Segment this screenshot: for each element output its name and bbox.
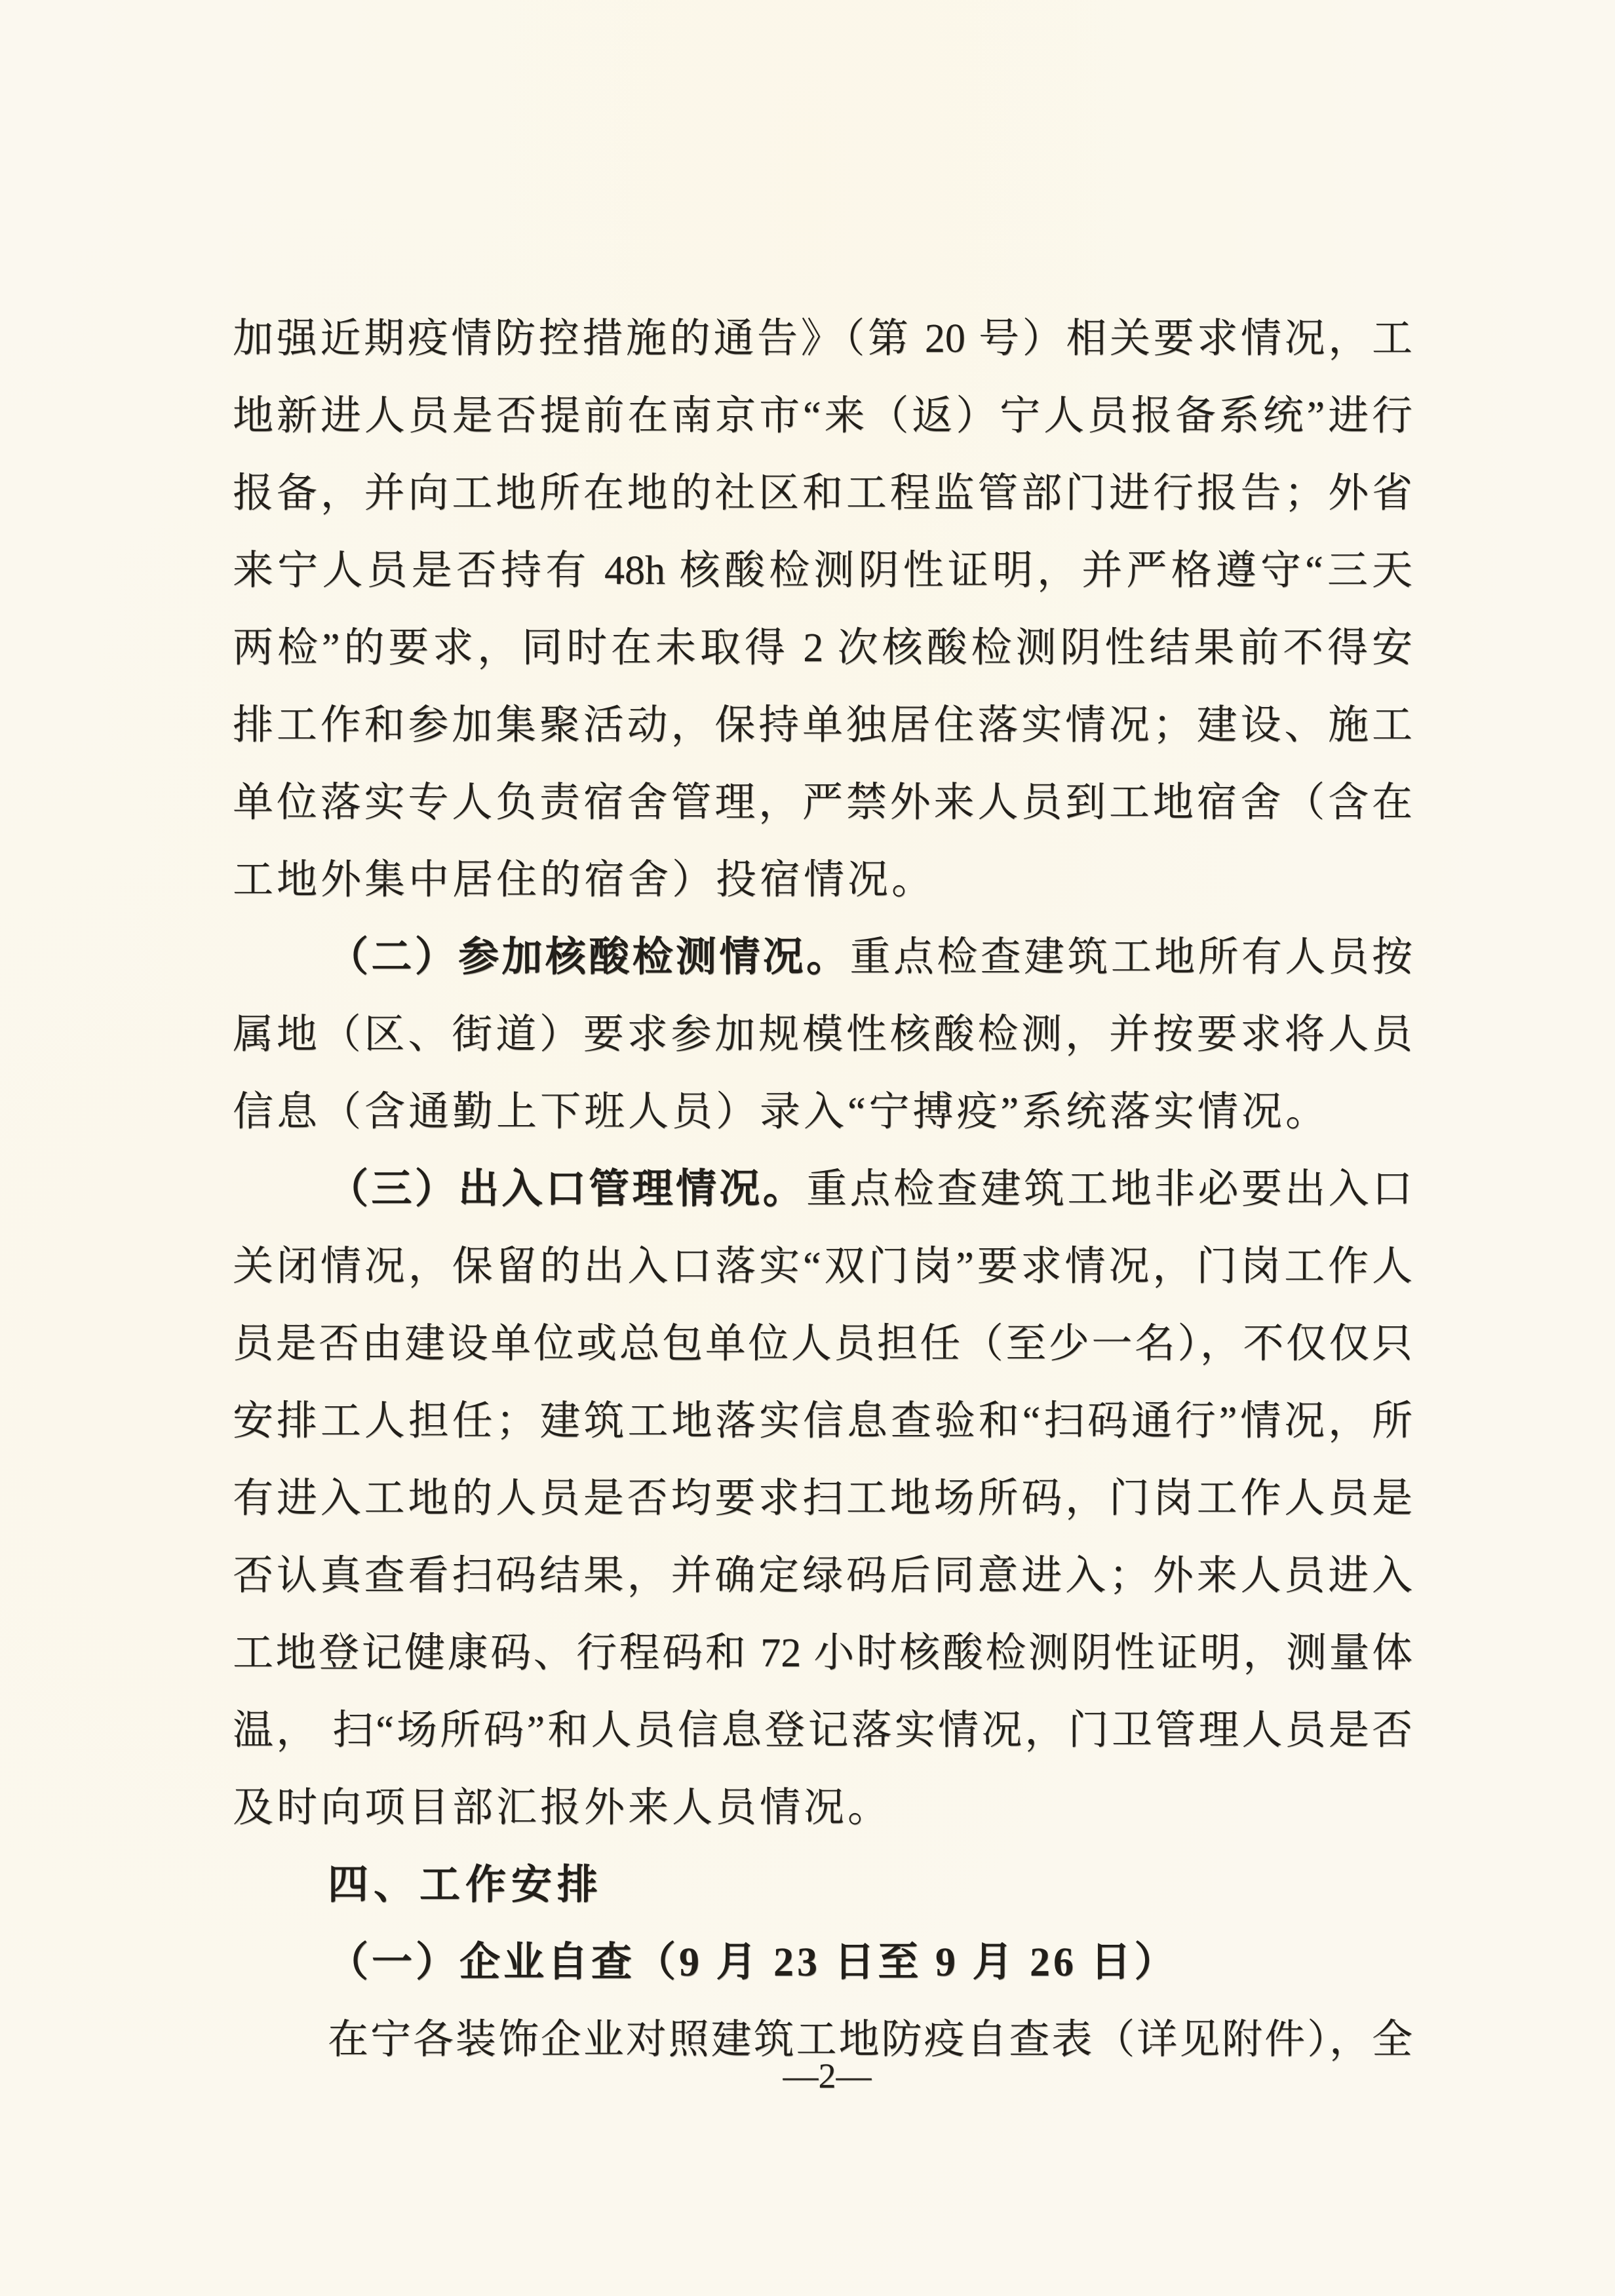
document-line: 否认真查看扫码结果，并确定绿码后同意进入；外来人员进入 (233, 1537, 1412, 1615)
document-line: 及时向项目部汇报外来人员情况。 (233, 1769, 1412, 1846)
document-line: 工地外集中居住的宿舍）投宿情况。 (233, 841, 1412, 919)
bold-text-segment: （二）参加核酸检测情况。 (328, 935, 850, 980)
body-text-segment: 加强近期疫情防控措施的通告》（第 20 号）相关要求情况，工 (233, 316, 1412, 361)
bold-text-segment: （一）企业自查（9 月 23 日至 9 月 26 日） (328, 1940, 1178, 1985)
document-line: 属地（区、街道）要求参加规模性核酸检测，并按要求将人员 (233, 996, 1412, 1073)
body-text-segment: 工地登记健康码、行程码和 72 小时核酸检测阴性证明，测量体 (233, 1631, 1412, 1675)
document-line: 温， 扫“场所码”和人员信息登记落实情况，门卫管理人员是否 (233, 1692, 1412, 1769)
page-number: —2— (20, 2048, 1615, 2103)
body-text-segment: 有进入工地的人员是否均要求扫工地场所码，门岗工作人员是 (233, 1476, 1412, 1521)
body-text-segment: 及时向项目部汇报外来人员情况。 (233, 1786, 891, 1830)
document-line: 两检”的要求，同时在未取得 2 次核酸检测阴性结果前不得安 (233, 609, 1412, 687)
bold-text-segment: 四、工作安排 (328, 1862, 603, 1907)
document-line: 加强近期疫情防控措施的通告》（第 20 号）相关要求情况，工 (233, 300, 1412, 377)
body-text-segment: 重点检查建筑工地非必要出入口 (806, 1167, 1412, 1212)
document-line: （二）参加核酸检测情况。重点检查建筑工地所有人员按 (233, 919, 1412, 996)
document-line: 关闭情况，保留的出入口落实“双门岗”要求情况，门岗工作人 (233, 1228, 1412, 1305)
document-line: 员是否由建设单位或总包单位人员担任（至少一名），不仅仅只 (233, 1305, 1412, 1383)
body-text-segment: 报备，并向工地所在地的社区和工程监管部门进行报告；外省 (233, 471, 1412, 516)
scanned-document-page: 加强近期疫情防控措施的通告》（第 20 号）相关要求情况，工地新进人员是否提前在… (0, 0, 1615, 2296)
document-line: 信息（含通勤上下班人员）录入“宁搏疫”系统落实情况。 (233, 1073, 1412, 1151)
document-body: 加强近期疫情防控措施的通告》（第 20 号）相关要求情况，工地新进人员是否提前在… (233, 300, 1412, 2078)
body-text-segment: 来宁人员是否持有 48h 核酸检测阴性证明，并严格遵守“三天 (233, 548, 1412, 593)
body-text-segment: 两检”的要求，同时在未取得 2 次核酸检测阴性结果前不得安 (233, 626, 1412, 670)
body-text-segment: 排工作和参加集聚活动，保持单独居住落实情况；建设、施工 (233, 703, 1412, 748)
document-line: 排工作和参加集聚活动，保持单独居住落实情况；建设、施工 (233, 687, 1412, 764)
body-text-segment: 安排工人担任；建筑工地落实信息查验和“扫码通行”情况，所 (233, 1399, 1412, 1444)
body-text-segment: 重点检查建筑工地所有人员按 (850, 935, 1413, 980)
document-line: 工地登记健康码、行程码和 72 小时核酸检测阴性证明，测量体 (233, 1615, 1412, 1692)
document-line: 报备，并向工地所在地的社区和工程监管部门进行报告；外省 (233, 455, 1412, 532)
document-line: 单位落实专人负责宿舍管理，严禁外来人员到工地宿舍（含在 (233, 764, 1412, 841)
body-text-segment: 工地外集中居住的宿舍）投宿情况。 (233, 858, 935, 902)
body-text-segment: 员是否由建设单位或总包单位人员担任（至少一名），不仅仅只 (233, 1322, 1412, 1366)
document-line: 地新进人员是否提前在南京市“来（返）宁人员报备系统”进行 (233, 377, 1412, 455)
body-text-segment: 温， 扫“场所码”和人员信息登记落实情况，门卫管理人员是否 (233, 1708, 1412, 1753)
document-line: 来宁人员是否持有 48h 核酸检测阴性证明，并严格遵守“三天 (233, 532, 1412, 609)
document-line: 有进入工地的人员是否均要求扫工地场所码，门岗工作人员是 (233, 1460, 1412, 1537)
document-line: （一）企业自查（9 月 23 日至 9 月 26 日） (233, 1924, 1412, 2001)
document-line: （三）出入口管理情况。重点检查建筑工地非必要出入口 (233, 1151, 1412, 1228)
body-text-segment: 否认真查看扫码结果，并确定绿码后同意进入；外来人员进入 (233, 1554, 1412, 1598)
body-text-segment: 属地（区、街道）要求参加规模性核酸检测，并按要求将人员 (233, 1012, 1412, 1057)
bold-text-segment: （三）出入口管理情况。 (328, 1167, 806, 1212)
body-text-segment: 地新进人员是否提前在南京市“来（返）宁人员报备系统”进行 (233, 394, 1412, 438)
document-line: 四、工作安排 (233, 1846, 1412, 1924)
document-line: 安排工人担任；建筑工地落实信息查验和“扫码通行”情况，所 (233, 1383, 1412, 1460)
body-text-segment: 信息（含通勤上下班人员）录入“宁搏疫”系统落实情况。 (233, 1090, 1329, 1134)
body-text-segment: 单位落实专人负责宿舍管理，严禁外来人员到工地宿舍（含在 (233, 780, 1412, 825)
body-text-segment: 关闭情况，保留的出入口落实“双门岗”要求情况，门岗工作人 (233, 1244, 1412, 1289)
